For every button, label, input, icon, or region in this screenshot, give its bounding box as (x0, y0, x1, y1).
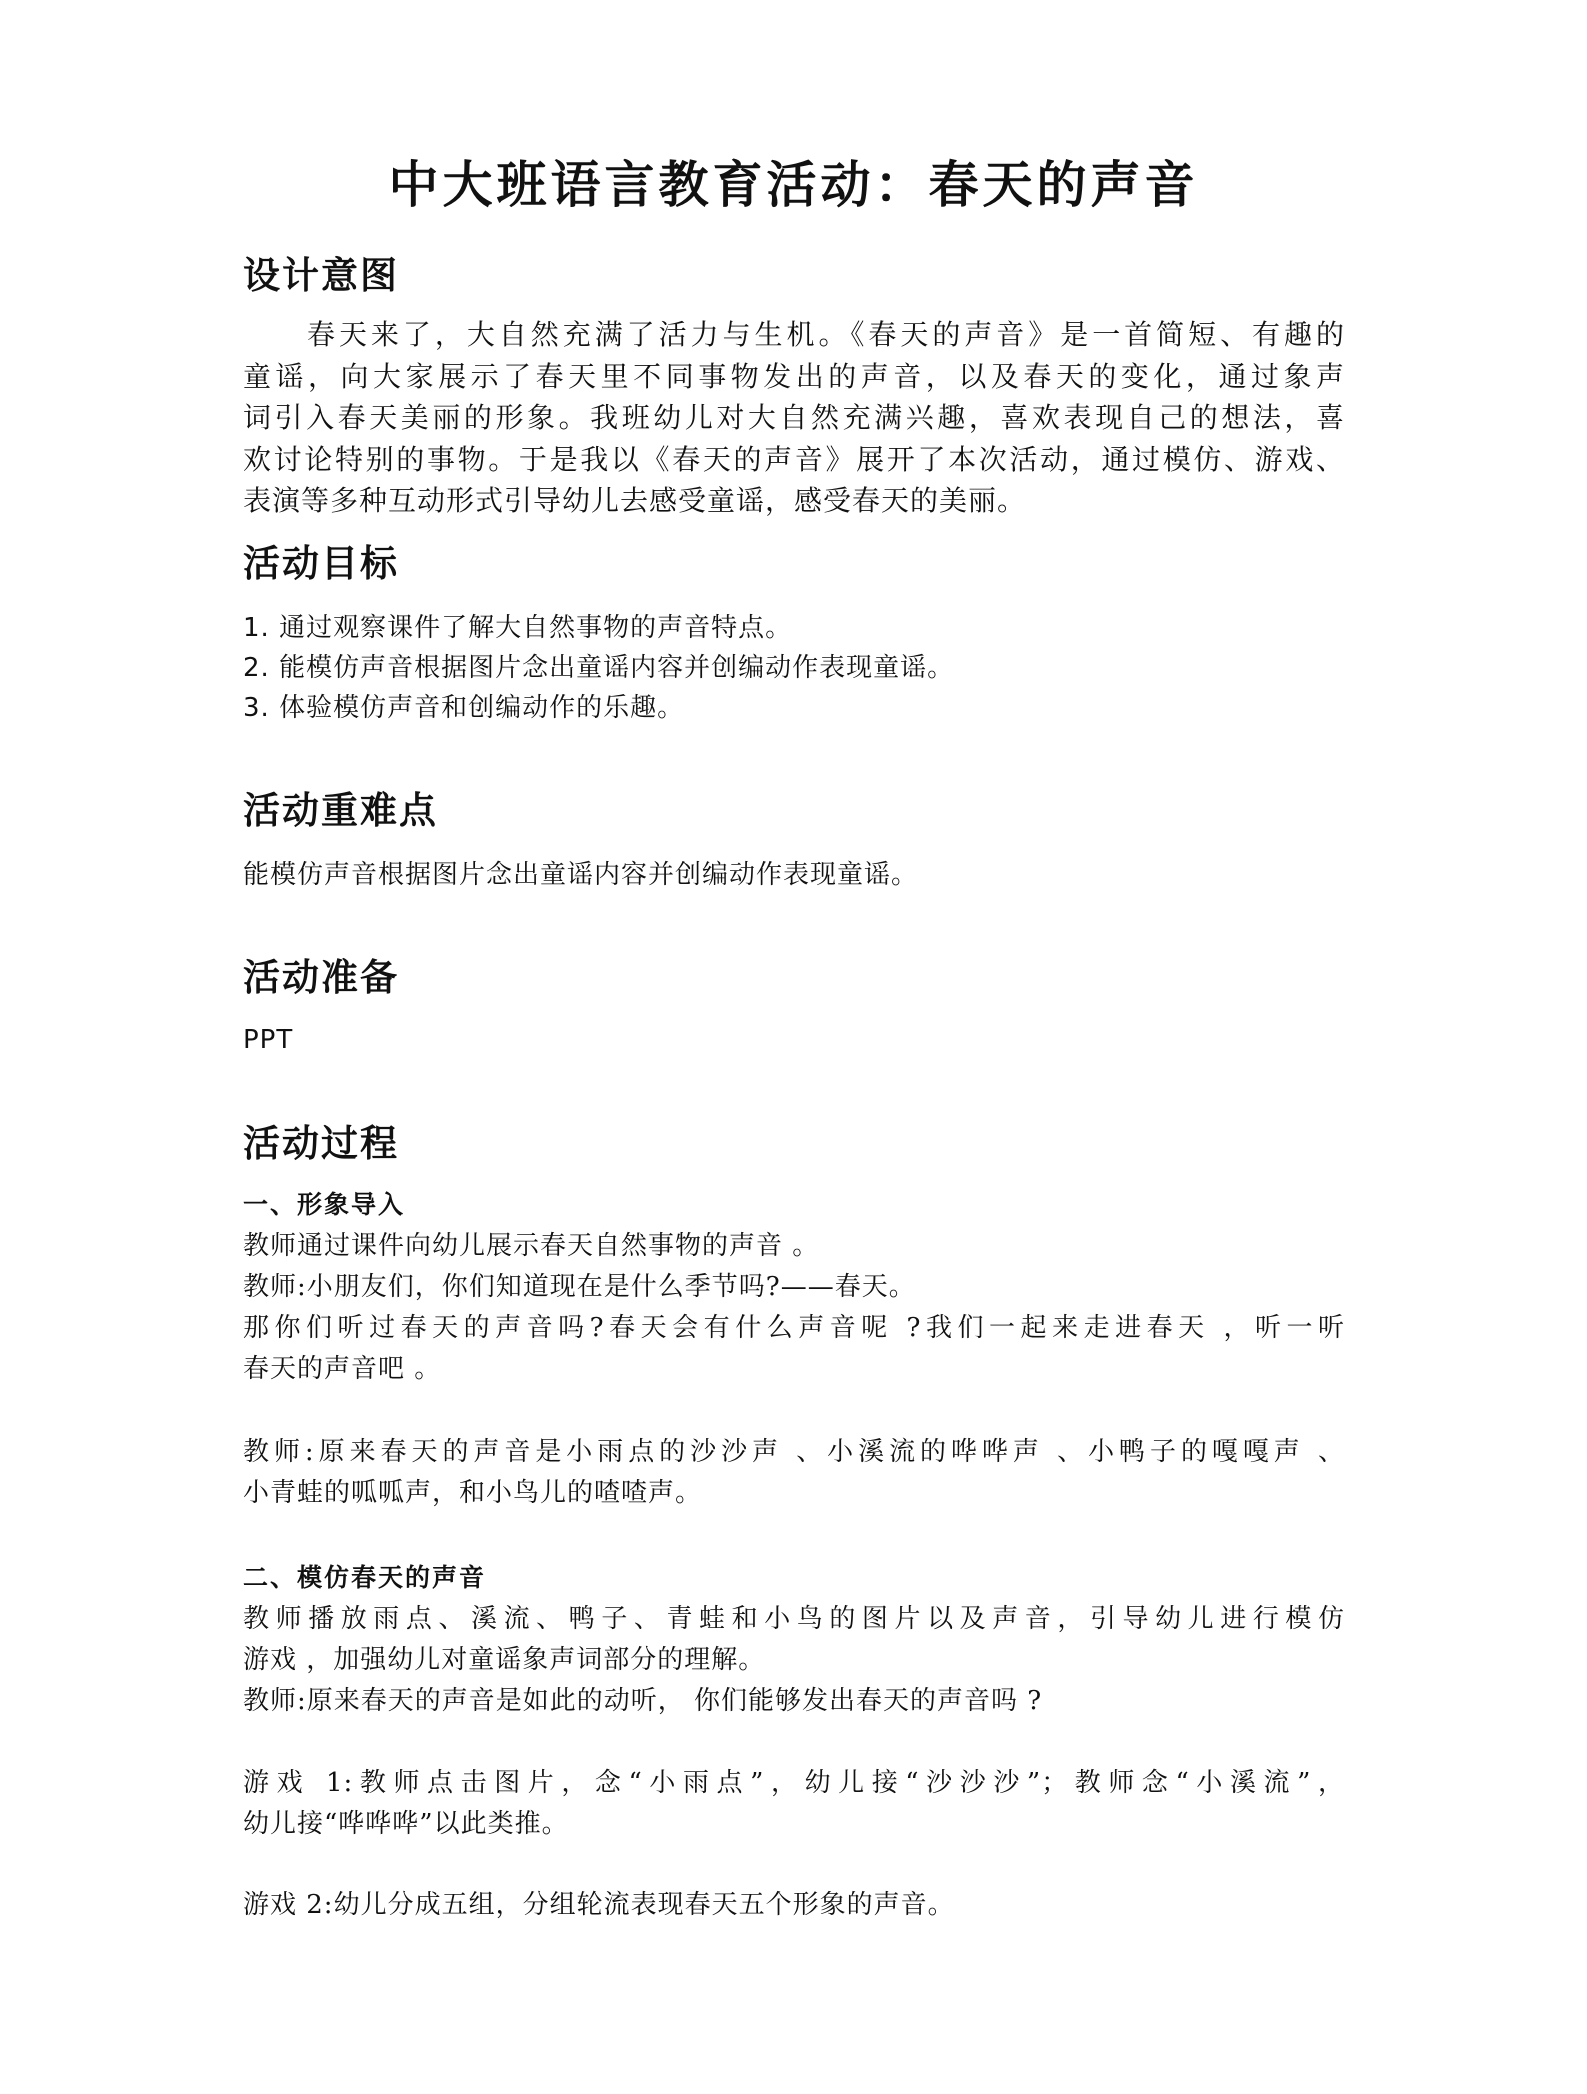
document-title: 中大班语言教育活动：春天的声音 (0, 153, 1587, 217)
process-line: 教师:小朋友们，你们知道现在是什么季节吗?——春天。 (243, 1269, 916, 1305)
paragraph-line: 词引入春天美丽的形象。我班幼儿对大自然充满兴趣，喜欢表现自己的想法，喜 (243, 397, 1345, 439)
process-line: 小青蛙的呱呱声，和小鸟儿的喳喳声。 (243, 1475, 702, 1511)
paragraph-line: 春天来了，大自然充满了活力与生机。《春天的声音》是一首简短、有趣的 (243, 314, 1345, 356)
preparation-text: PPT (243, 1022, 293, 1058)
goal-item-2: 2. 能模仿声音根据图片念出童谣内容并创编动作表现童谣。 (243, 650, 954, 686)
key-points-text: 能模仿声音根据图片念出童谣内容并创编动作表现童谣。 (243, 857, 918, 893)
document-page: 中大班语言教育活动：春天的声音 设计意图 春天来了，大自然充满了活力与生机。《春… (0, 0, 1587, 2094)
process-line: 那你们听过春天的声音吗?春天会有什么声音呢 ?我们一起来走进春天 ，听一听 (243, 1310, 1345, 1346)
process-line: 游戏 1:教师点击图片，念“小雨点”，幼儿接“沙沙沙”；教师念“小溪流”， (243, 1765, 1345, 1801)
paragraph-line: 欢讨论特别的事物。于是我以《春天的声音》展开了本次活动，通过模仿、游戏、 (243, 439, 1345, 481)
section-heading-goals: 活动目标 (243, 540, 399, 586)
process-line: 春天的声音吧 。 (243, 1351, 441, 1387)
process-line: 教师:原来春天的声音是如此的动听， 你们能够发出春天的声音吗 ? (243, 1683, 1042, 1719)
goal-item-1: 1. 通过观察课件了解大自然事物的声音特点。 (243, 610, 792, 646)
paragraph-line: 表演等多种互动形式引导幼儿去感受童谣，感受春天的美丽。 (243, 480, 1345, 522)
design-intent-paragraph: 春天来了，大自然充满了活力与生机。《春天的声音》是一首简短、有趣的 童谣，向大家… (243, 314, 1345, 522)
process-line: 幼儿接“哗哗哗”以此类推。 (243, 1806, 569, 1842)
process-line: 教师通过课件向幼儿展示春天自然事物的声音 。 (243, 1228, 819, 1264)
process-line: 教师播放雨点、溪流、鸭子、青蛙和小鸟的图片以及声音，引导幼儿进行模仿 (243, 1601, 1345, 1637)
section-heading-process: 活动过程 (243, 1120, 399, 1166)
process-part1-heading: 一、形象导入 (243, 1189, 405, 1221)
process-part2-heading: 二、模仿春天的声音 (243, 1562, 486, 1594)
section-heading-preparation: 活动准备 (243, 954, 399, 1000)
process-line: 教师:原来春天的声音是小雨点的沙沙声 、小溪流的哗哗声 、小鸭子的嘎嘎声 、 (243, 1434, 1345, 1470)
paragraph-line: 童谣，向大家展示了春天里不同事物发出的声音，以及春天的变化，通过象声 (243, 356, 1345, 398)
goal-item-3: 3. 体验模仿声音和创编动作的乐趣。 (243, 690, 684, 726)
section-heading-design-intent: 设计意图 (243, 252, 399, 298)
process-line: 游戏 2:幼儿分成五组，分组轮流表现春天五个形象的声音。 (243, 1887, 955, 1923)
process-line: 游戏 ，加强幼儿对童谣象声词部分的理解。 (243, 1642, 765, 1678)
section-heading-key-points: 活动重难点 (243, 787, 438, 833)
